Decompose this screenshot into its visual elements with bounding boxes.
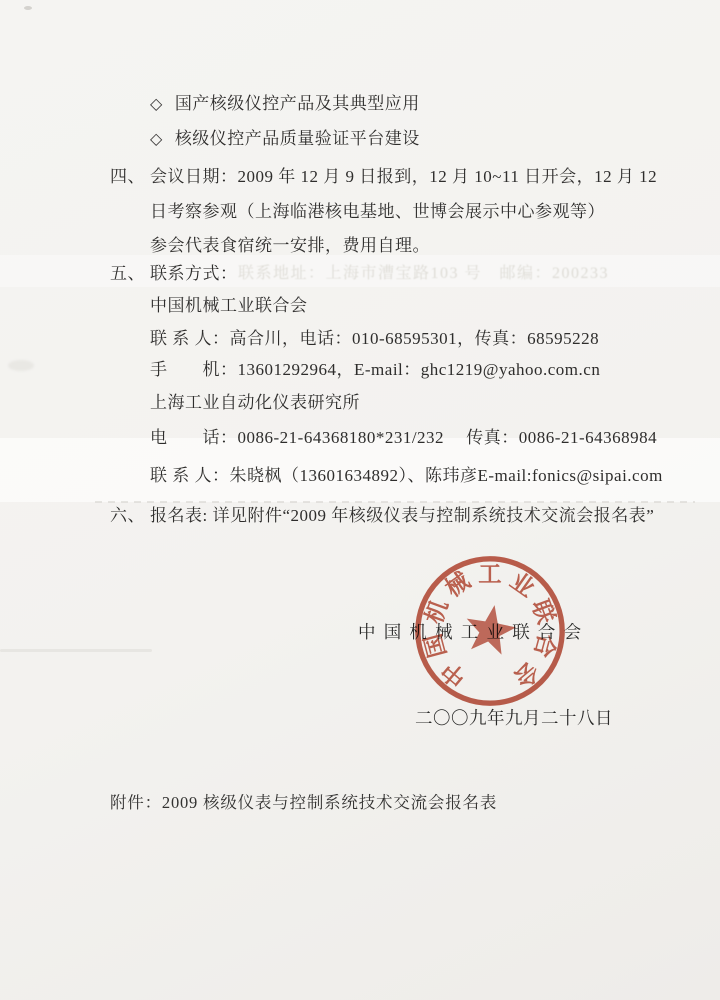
seal-char: 会 [508, 656, 544, 693]
org1-name-text: 中国机械工业联合会 [150, 296, 308, 315]
section-number: 四、 [110, 165, 150, 188]
topic-bullet-row: ◇核级仪控产品质量验证平台建设 [150, 127, 420, 151]
section-6-line: 六、报名表: 详见附件“2009 年核级仪表与控制系统技术交流会报名表” [110, 504, 654, 527]
tour-text: 日考察参观（上海临港核电基地、世博会展示中心参观等） [150, 202, 605, 221]
org2-phone-text: 电 话：0086-21-64368180*231/232 传真：0086-21-… [150, 428, 657, 447]
diamond-bullet-icon: ◇ [150, 93, 163, 116]
org1-name-line: 中国机械工业联合会 [150, 294, 308, 317]
scanned-document-page: 联系地址：上海市漕宝路103 号 邮编：200233 ◇国产核级仪控产品及其典型… [0, 0, 720, 1000]
official-red-seal: 中 国 机 械 工 业 联 合 会 [412, 553, 568, 709]
org2-contact-line: 联 系 人：朱晓枫（13601634892）、陈玮彦E-mail:fonics@… [150, 464, 663, 487]
org2-phone-line: 电 话：0086-21-64368180*231/232 传真：0086-21-… [150, 426, 657, 449]
section-4-line-3: 参会代表食宿统一安排，费用自理。 [150, 234, 430, 257]
org1-mobile-line: 手 机：13601292964，E-mail：ghc1219@yahoo.com… [150, 358, 600, 381]
org1-mobile-text: 手 机：13601292964，E-mail：ghc1219@yahoo.com… [150, 360, 600, 379]
scan-smudge [0, 649, 152, 652]
bleedthrough-address-text: 联系地址：上海市漕宝路103 号 邮编：200233 [238, 262, 609, 285]
section-number: 六、 [110, 504, 150, 527]
scan-smudge [8, 360, 34, 371]
scan-artifact-dotted-line [95, 501, 695, 503]
org2-name-line: 上海工业自动化仪表研究所 [150, 391, 360, 414]
topic-bullet-text: 国产核级仪控产品及其典型应用 [175, 94, 420, 113]
org1-contact-text: 联 系 人：高合川，电话：010-68595301，传真：68595228 [150, 329, 599, 348]
topic-bullet-text: 核级仪控产品质量验证平台建设 [175, 129, 420, 148]
section-number: 五、 [110, 262, 150, 285]
registration-form-text: 报名表: 详见附件“2009 年核级仪表与控制系统技术交流会报名表” [150, 506, 654, 525]
org2-name-text: 上海工业自动化仪表研究所 [150, 393, 360, 412]
section-4-line-2: 日考察参观（上海临港核电基地、世博会展示中心参观等） [150, 200, 605, 223]
diamond-bullet-icon: ◇ [150, 128, 163, 151]
scan-speck [24, 6, 32, 10]
topic-bullet-row: ◇国产核级仪控产品及其典型应用 [150, 92, 420, 116]
org2-contact-text: 联 系 人：朱晓枫（13601634892）、陈玮彦E-mail:fonics@… [150, 466, 663, 485]
lodging-text: 参会代表食宿统一安排，费用自理。 [150, 236, 430, 255]
seal-star-icon [462, 601, 520, 657]
seal-char: 工 [478, 562, 501, 588]
section-4-line-1: 四、会议日期：2009 年 12 月 9 日报到，12 月 10~11 日开会，… [110, 165, 657, 188]
org1-contact-line: 联 系 人：高合川，电话：010-68595301，传真：68595228 [150, 327, 599, 350]
meeting-date-text: 会议日期：2009 年 12 月 9 日报到，12 月 10~11 日开会，12… [150, 167, 657, 186]
attachment-line: 附件：2009 核级仪表与控制系统技术交流会报名表 [110, 789, 497, 813]
section-5-heading: 五、联系方式： [110, 262, 238, 285]
contact-heading-text: 联系方式： [150, 264, 238, 283]
